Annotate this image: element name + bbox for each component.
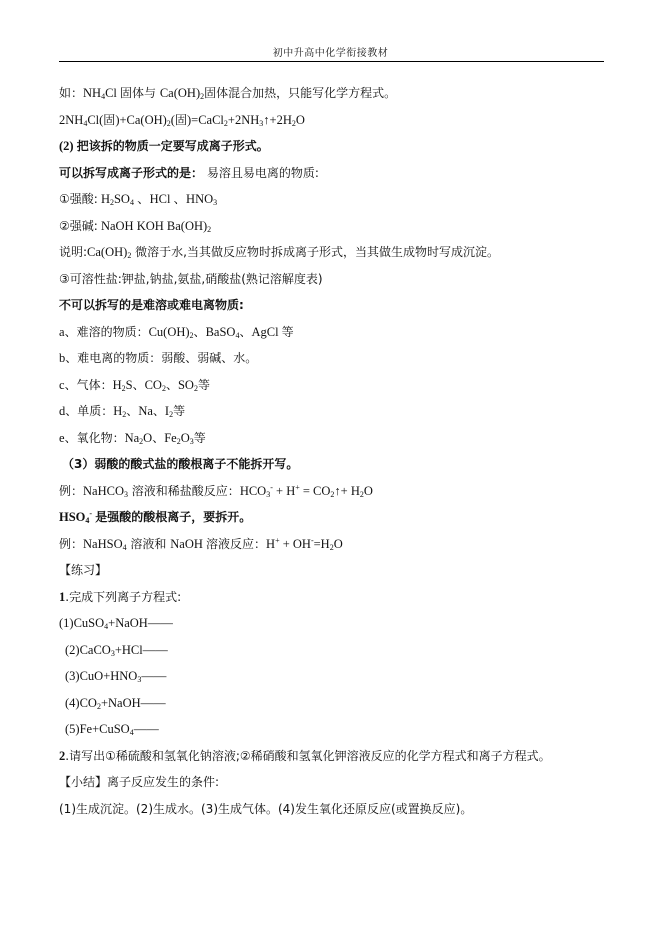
text-segment: 例：: [59, 484, 83, 498]
text-segment: 等: [173, 404, 185, 418]
text-line-example-nahso4: 例：NaHSO4 溶液和 NaOH 溶液反应：H+ + OH-=H2O: [59, 534, 604, 561]
text-segment: ①强酸:: [59, 192, 98, 206]
subscript: 3: [213, 198, 217, 207]
text-segment: +HCl——: [115, 643, 168, 657]
text-segment: 固: [103, 113, 115, 127]
text-segment: 例：: [59, 537, 83, 551]
text-segment: 、单质：: [65, 404, 113, 418]
text-segment: 固体与: [120, 86, 160, 100]
text-line-q2: 2.请写出①稀硫酸和氢氧化钠溶液;②稀硝酸和氢氧化钾溶液反应的化学方程式和离子方…: [59, 746, 604, 773]
text-line-q1: 1.完成下列离子方程式:: [59, 587, 604, 614]
text-line-strong-bases: ②强碱: NaOH KOH Ba(OH)2: [59, 216, 604, 243]
text-segment: (1)生成沉淀。(2)生成水。(3)生成气体。(4)发生氧化还原反应(或置换反应…: [59, 802, 472, 816]
subscript: 2: [207, 225, 211, 234]
text-line-q1-5: (5)Fe+CuSO4——: [59, 719, 604, 746]
text-segment: 、: [133, 378, 145, 392]
text-line-practice-heading: 【练习】: [59, 560, 604, 587]
text-segment: 、: [126, 404, 138, 418]
text-segment: 、: [152, 431, 164, 445]
text-segment: ③可溶性盐:钾盐,钠盐,氨盐,硝酸盐(熟记溶解度表): [59, 272, 323, 286]
text-segment: .完成下列离子方程式:: [65, 590, 181, 604]
text-segment: (1)CuSO: [59, 616, 104, 630]
text-segment: 说明:: [59, 245, 87, 259]
text-segment: 把该拆的物质一定要写成离子形式。: [77, 139, 269, 153]
text-segment: (5)Fe+CuSO: [65, 722, 130, 736]
text-line-cannot-split-heading: 不可以拆写的是难溶或难电离物质:: [59, 295, 604, 322]
text-segment: ②强碱:: [59, 219, 98, 233]
text-line-item-a: a、难溶的物质：Cu(OH)2、BaSO4、AgCl 等: [59, 322, 604, 349]
text-segment: ——: [134, 722, 159, 736]
text-segment: Cl(: [87, 113, 103, 127]
text-segment: 溶液反应：: [206, 537, 266, 551]
text-segment: 、: [239, 325, 251, 339]
text-segment: NaHCO: [83, 484, 124, 498]
text-line-item-b: b、难电离的物质：弱酸、弱碱、水。: [59, 348, 604, 375]
text-segment: 如：: [59, 86, 83, 100]
text-segment: 2NH: [59, 113, 83, 127]
text-segment: 可以拆写成离子形式的是：: [59, 166, 203, 180]
text-segment: ↑+2H: [263, 113, 292, 127]
text-segment: H: [266, 537, 275, 551]
text-line-hso4-note: HSO4- 是强酸的酸根离子，要拆开。: [59, 507, 604, 534]
text-segment: NaHSO: [83, 537, 123, 551]
text-segment: 、HCl 、HNO: [134, 192, 213, 206]
document-body: 如：NH4Cl 固体与 Ca(OH)2固体混合加热，只能写化学方程式。2NH4C…: [59, 83, 604, 825]
text-segment: O: [181, 431, 190, 445]
text-line-equation-nh4cl: 2NH4Cl(固)+Ca(OH)2(固)=CaCl2+2NH3↑+2H2O: [59, 110, 604, 137]
text-segment: (4)CO: [65, 696, 97, 710]
text-segment: SO: [178, 378, 194, 392]
page-header-title: 初中升高中化学衔接教材: [0, 44, 661, 59]
text-segment: ↑+ H: [334, 484, 359, 498]
text-segment: （3）弱酸的酸式盐的酸根离子不能拆开写。: [62, 457, 298, 471]
text-segment: +NaOH——: [101, 696, 166, 710]
text-segment: 等: [194, 431, 206, 445]
text-segment: 是强酸的酸根离子，要拆开。: [95, 510, 251, 524]
text-segment: 固: [175, 113, 187, 127]
text-segment: )+Ca(OH): [115, 113, 166, 127]
text-segment: Cl: [105, 86, 120, 100]
text-segment: 溶液和: [127, 537, 171, 551]
text-segment: O: [364, 484, 373, 498]
text-segment: 、: [153, 404, 165, 418]
text-segment: + OH: [280, 537, 311, 551]
text-line-q1-3: (3)CuO+HNO3——: [59, 666, 604, 693]
text-segment: Ca(OH): [87, 245, 127, 259]
text-segment: NH: [83, 86, 101, 100]
text-segment: H: [113, 378, 122, 392]
text-segment: +2NH: [228, 113, 259, 127]
text-segment: O: [334, 537, 343, 551]
header-divider: [59, 61, 604, 62]
text-segment: )=CaCl: [187, 113, 224, 127]
text-segment: (2): [59, 139, 77, 153]
text-segment: 【练习】: [59, 563, 107, 577]
text-segment: 等: [282, 325, 294, 339]
text-line-strong-acids: ①强酸: H2SO4 、HCl 、HNO3: [59, 189, 604, 216]
text-segment: O: [296, 113, 305, 127]
text-segment: HCO: [240, 484, 266, 498]
text-line-rule-3: （3）弱酸的酸式盐的酸根离子不能拆开写。: [59, 454, 604, 481]
text-segment: O: [143, 431, 152, 445]
text-line-note-caoh2: 说明:Ca(OH)2 微溶于水,当其做反应物时拆成离子形式，当其做生成物时写成沉…: [59, 242, 604, 269]
text-line-summary-conditions: (1)生成沉淀。(2)生成水。(3)生成气体。(4)发生氧化还原反应(或置换反应…: [59, 799, 604, 826]
text-segment: =H: [314, 537, 330, 551]
text-line-summary-heading: 【小结】离子反应发生的条件:: [59, 772, 604, 799]
text-line-example-nh4cl: 如：NH4Cl 固体与 Ca(OH)2固体混合加热，只能写化学方程式。: [59, 83, 604, 110]
text-segment: H: [113, 404, 122, 418]
text-line-example-nahco3: 例：NaHCO3 溶液和稀盐酸反应：HCO3- + H+ = CO2↑+ H2O: [59, 481, 604, 508]
text-segment: +NaOH——: [108, 616, 173, 630]
text-segment: SO: [114, 192, 130, 206]
text-line-q1-4: (4)CO2+NaOH——: [59, 693, 604, 720]
text-segment: 、难电离的物质：弱酸、弱碱、水。: [65, 351, 257, 365]
text-line-q1-1: (1)CuSO4+NaOH——: [59, 613, 604, 640]
text-line-item-d: d、单质：H2、Na、I2等: [59, 401, 604, 428]
text-segment: 、难溶的物质：: [65, 325, 149, 339]
text-segment: 溶液和稀盐酸反应：: [128, 484, 240, 498]
text-segment: Ca(OH): [160, 86, 200, 100]
text-line-can-split-heading: 可以拆写成离子形式的是： 易溶且易电离的物质:: [59, 163, 604, 190]
text-segment: 、: [166, 378, 178, 392]
text-segment: 固体混合加热，只能写化学方程式。: [204, 86, 396, 100]
text-segment: = CO: [300, 484, 331, 498]
text-line-item-c: c、气体：H2S、CO2、SO2等: [59, 375, 604, 402]
text-segment: ——: [141, 669, 166, 683]
text-segment: CO: [145, 378, 162, 392]
text-segment: 易溶且易电离的物质:: [203, 166, 319, 180]
text-segment: 、: [194, 325, 206, 339]
text-segment: .请写出①稀硫酸和氢氧化钠溶液;②稀硝酸和氢氧化钾溶液反应的化学方程式和离子方程…: [65, 749, 550, 763]
text-segment: S: [126, 378, 133, 392]
text-line-q1-2: (2)CaCO3+HCl——: [59, 640, 604, 667]
text-segment: 、氧化物：: [65, 431, 125, 445]
text-line-rule-2: (2) 把该拆的物质一定要写成离子形式。: [59, 136, 604, 163]
text-segment: + H: [273, 484, 295, 498]
text-segment: HSO: [59, 510, 85, 524]
text-segment: 、气体：: [65, 378, 113, 392]
text-segment: Cu(OH): [149, 325, 190, 339]
text-segment: Fe: [164, 431, 177, 445]
text-segment: BaSO: [206, 325, 236, 339]
text-segment: 微溶于水,当其做反应物时拆成离子形式，当其做生成物时写成沉淀。: [131, 245, 499, 259]
text-segment: 【小结】离子反应发生的条件:: [59, 775, 219, 789]
text-segment: 等: [198, 378, 210, 392]
text-line-soluble-salts: ③可溶性盐:钾盐,钠盐,氨盐,硝酸盐(熟记溶解度表): [59, 269, 604, 296]
text-segment: H: [98, 192, 110, 206]
text-segment: Na: [125, 431, 140, 445]
text-segment: 不可以拆写的是难溶或难电离物质:: [59, 298, 244, 312]
text-segment: AgCl: [251, 325, 281, 339]
text-segment: (3)CuO+HNO: [65, 669, 137, 683]
text-segment: NaOH: [170, 537, 206, 551]
text-segment: Na: [138, 404, 153, 418]
text-segment: (2)CaCO: [65, 643, 111, 657]
text-line-item-e: e、氧化物：Na2O、Fe2O3等: [59, 428, 604, 455]
text-segment: NaOH KOH Ba(OH): [98, 219, 207, 233]
